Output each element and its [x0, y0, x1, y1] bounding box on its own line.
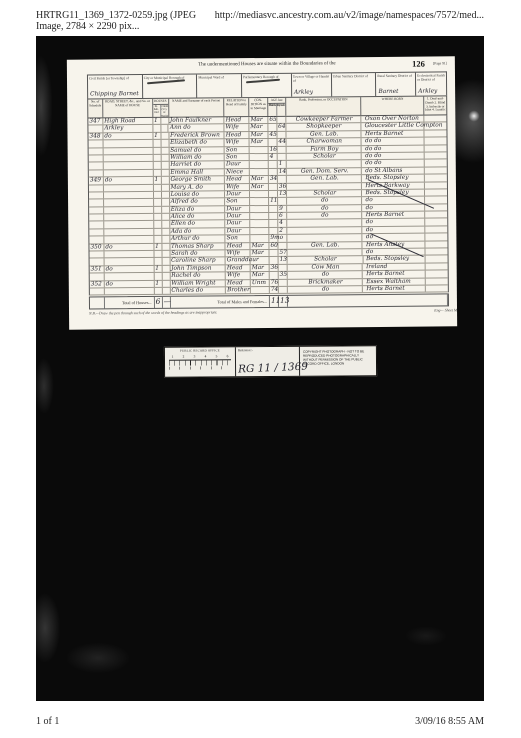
road-name: do [104, 177, 154, 184]
ruler-numbers: 123456 [167, 354, 233, 358]
age-female: 4 [278, 220, 287, 226]
document-url: http://mediasvc.ancestry.com.au/v2/image… [215, 10, 484, 32]
inhabited-mark [154, 258, 162, 264]
person-name: Emma Hall [169, 169, 225, 176]
age-male [269, 250, 278, 256]
condition [250, 191, 269, 198]
age-male [269, 213, 278, 219]
occupation: Farm Boy [287, 146, 363, 153]
road-name [104, 170, 154, 177]
total-persons-label: Total of Males and Females... [171, 296, 270, 308]
totals-row: Total of Houses... 6 — Total of Males an… [89, 293, 449, 309]
ruler-number: 3 [194, 354, 196, 358]
form-footnote: N.B.—Draw the pen through such of the wo… [89, 310, 217, 315]
road-name: do [103, 133, 153, 140]
birthplace: Herts Barnet [363, 271, 426, 278]
district-box-value: Arkley [294, 89, 313, 96]
infirmity [425, 123, 447, 130]
inhabited-mark [154, 192, 162, 198]
print-timestamp: 3/09/16 8:55 AM [415, 716, 484, 727]
condition: Mar [249, 124, 268, 131]
age-male [269, 161, 278, 167]
condition [250, 206, 269, 213]
relation: Wife [226, 250, 251, 257]
age-male: 45 [268, 132, 277, 138]
uninhabited-mark [162, 192, 170, 198]
relation: Wife [224, 124, 249, 131]
form-footline: N.B.—Draw the pen through such of the wo… [89, 308, 457, 315]
road-name [104, 155, 154, 162]
road-name [104, 229, 154, 236]
uninhabited-mark [161, 162, 169, 168]
condition: Mar [251, 272, 270, 279]
table-body: 347High Road1John FaulknerHeadMar65Cowke… [87, 115, 449, 296]
birthplace: Gloucester Little Compton [362, 123, 425, 130]
uninhabited-mark [161, 155, 169, 161]
age-female: 35 [279, 272, 288, 278]
infirmity [426, 241, 448, 248]
age-male: 36 [270, 265, 279, 271]
infirmity [426, 248, 448, 255]
occupation: Gen. Lab. [286, 131, 362, 138]
occupation: do [287, 205, 363, 212]
schedule-no [89, 192, 104, 199]
age-male [269, 206, 278, 212]
relation: Brother [226, 287, 251, 294]
infirmity [425, 145, 447, 152]
uninhabited-mark [161, 125, 169, 131]
total-uninhabited-value: — [163, 296, 171, 307]
uninhabited-mark [161, 170, 169, 176]
birthplace: Herts Barnet [363, 212, 426, 219]
schedule-no [89, 200, 104, 207]
occupation: Cow Man [288, 264, 364, 271]
condition: Mar [249, 117, 268, 124]
relation: Wife [225, 139, 250, 146]
condition [250, 147, 269, 154]
relation: Daur [225, 213, 250, 220]
age-female: 1 [278, 161, 287, 167]
age-female [277, 117, 286, 123]
road-name [104, 221, 154, 228]
uninhabited-mark [161, 140, 169, 146]
ruler-ticks [169, 359, 231, 365]
inhabited-mark: 1 [153, 177, 161, 183]
reference-label: Reference:- [238, 348, 297, 352]
person-name: Arthur do [170, 236, 226, 243]
relation: Head [225, 176, 250, 183]
person-name: Mary A. do [169, 184, 225, 191]
road-name [104, 162, 154, 169]
birthplace: Herts Barnet [363, 286, 426, 293]
road-name [104, 251, 154, 258]
road-name: do [105, 266, 155, 273]
road-name [104, 199, 154, 206]
infirmity [426, 285, 448, 292]
age-female: 2 [278, 228, 287, 234]
condition: Unm [251, 280, 270, 287]
schedule-no: 351 [90, 266, 105, 273]
infirmity [425, 152, 447, 159]
road-name [103, 140, 153, 147]
person-name: Caroline Sharp [170, 258, 226, 265]
col-condition: CON-DITION as to Marriage [249, 98, 268, 116]
print-header: HRTRG11_1369_1372-0259.jpg (JPEG Image, … [36, 10, 484, 32]
reference-value: RG 11 / 1369 [238, 361, 308, 374]
birthplace: do do [362, 160, 425, 167]
schedule-no [89, 207, 104, 214]
infirmity [426, 263, 448, 270]
totals-spacer [288, 294, 448, 306]
age-male: 60 [269, 242, 278, 248]
condition: Mar [250, 183, 269, 190]
occupation: do [288, 271, 364, 278]
pro-stamp: PUBLIC RECORD OFFICE 123456 Reference:- … [164, 345, 377, 377]
uninhabited-mark [162, 206, 170, 212]
birthplace: do [363, 204, 426, 211]
condition: Mar [250, 132, 269, 139]
uninhabited-mark [161, 133, 169, 139]
infirmity [426, 271, 448, 278]
col-name: NAME and Surname of each Person [169, 98, 225, 116]
age-female [278, 198, 287, 204]
birthplace: Essex Waltham [363, 278, 426, 285]
uninhabited-mark [162, 199, 170, 205]
uninhabited-mark [162, 214, 170, 220]
occupation: Scholar [287, 153, 363, 160]
birthplace: do do [362, 138, 425, 145]
district-box: Rural Sanitary District ofBarnet [376, 73, 416, 96]
district-box-label: Ecclesiastical Parish or District of [417, 73, 445, 81]
condition [250, 235, 269, 242]
road-name: do [104, 244, 154, 251]
person-name: Elizabeth do [169, 139, 225, 146]
relation: Wife [225, 184, 250, 191]
ruler-number: 1 [172, 354, 174, 358]
col-relation: RELATION to Head of Family [224, 98, 249, 116]
relation: Son [226, 235, 251, 242]
occupation: Gen. Dom. Serv. [287, 168, 363, 175]
schedule-no [89, 148, 104, 155]
total-females-value: 13 [279, 295, 288, 306]
ruler-number: 6 [227, 354, 229, 358]
relation: Head [226, 280, 251, 287]
col-females: Females [277, 103, 285, 116]
person-name: John Faulkner [169, 117, 225, 124]
schedule-no [90, 288, 105, 295]
condition [250, 228, 269, 235]
age-female: 64 [277, 124, 286, 130]
condition: Mar [250, 176, 269, 183]
condition: Mar [251, 250, 270, 257]
age-female [277, 132, 286, 138]
inhabited-mark [153, 155, 161, 161]
birthplace: do do [362, 153, 425, 160]
occupation: Shopkeeper [286, 124, 362, 131]
age-male: 34 [269, 176, 278, 182]
road-name: High Road [103, 118, 153, 125]
occupation: Cowkeeper Farmer [286, 116, 362, 123]
road-name [104, 207, 154, 214]
schedule-no [89, 155, 104, 162]
col-houses: HOUSES In-hab-ited Uninhabited (U.), or … [153, 99, 169, 117]
schedule-no: 349 [89, 178, 104, 185]
age-female: 36 [278, 183, 287, 189]
stamp-reference: Reference:- RG 11 / 1369 [236, 347, 300, 376]
scan-area: The undermentioned Houses are situate wi… [36, 36, 484, 701]
person-name: Frederick Brown [169, 132, 225, 139]
form-heading: The undermentioned Houses are situate wi… [132, 61, 402, 68]
birthplace: Herts Barnet [362, 130, 425, 137]
relation: Daur [225, 191, 250, 198]
infirmity [424, 115, 446, 122]
age-male [268, 124, 277, 130]
district-box-label: Urban Sanitary District of [333, 74, 375, 78]
infirmity [425, 175, 447, 182]
road-name: do [105, 281, 155, 288]
age-female: 57 [278, 250, 287, 256]
age-male [269, 169, 278, 175]
col-uninhabited: Uninhabited (U.), or Building (B.) [161, 104, 168, 117]
inhabited-mark: 1 [153, 133, 161, 139]
ruler-base-ticks [169, 366, 231, 369]
age-male [270, 272, 279, 278]
infirmity [425, 160, 447, 167]
district-box-value: Barnet [378, 89, 398, 96]
relation: Head [225, 117, 250, 124]
road-name [105, 288, 155, 295]
birthplace: do St Albans [362, 167, 425, 174]
district-box-label: Civil Parish [or Township] of [89, 76, 141, 81]
road-name [104, 236, 154, 243]
occupation: do [287, 212, 363, 219]
col-occupation: Rank, Profession, or OCCUPATION [286, 97, 362, 116]
age-male: 16 [269, 146, 278, 152]
col-inhabited: In-hab-ited [153, 104, 161, 117]
occupation: Scholar [288, 257, 364, 264]
district-box: Ecclesiastical Parish or District ofArkl… [416, 72, 446, 95]
age-female: 13 [278, 191, 287, 197]
age-male: 9mo [269, 235, 278, 241]
relation: Granddaur [226, 258, 251, 265]
condition [251, 287, 270, 294]
age-female [279, 287, 288, 293]
uninhabited-mark [162, 251, 170, 257]
schedule-no [90, 251, 105, 258]
person-name: John Timpson [170, 265, 226, 272]
document-title: HRTRG11_1369_1372-0259.jpg (JPEG Image, … [36, 10, 215, 32]
page-count: 1 of 1 [36, 716, 59, 727]
condition: Mar [250, 139, 269, 146]
age-male [269, 220, 278, 226]
occupation: Gen. Lab. [287, 175, 363, 182]
inhabited-mark [154, 236, 162, 242]
sheet-mark: Eng— Sheet M [434, 308, 457, 312]
col-road: ROAD, STREET, &c., and No. or NAME of HO… [103, 99, 153, 117]
person-name: Harriet do [169, 162, 225, 169]
person-name: William do [169, 154, 225, 161]
age-female: 14 [278, 169, 287, 175]
age-male: 65 [268, 117, 277, 123]
district-box: Civil Parish [or Township] ofChipping Ba… [88, 75, 143, 98]
occupation: Gen. Lab. [287, 242, 363, 249]
uninhabited-mark [162, 266, 170, 272]
condition [250, 220, 269, 227]
col-infirmity: 1. Deaf-and-Dumb 2. Blind 3. Imbecile or… [424, 96, 446, 114]
district-box-label: Town or Village or Hamlet of [293, 74, 330, 82]
uninhabited-mark [162, 243, 170, 249]
schedule-no [90, 259, 105, 266]
uninhabited-mark [161, 177, 169, 183]
inhabited-mark: 1 [153, 118, 161, 124]
relation: Daur [225, 206, 250, 213]
schedule-no: 347 [88, 118, 103, 125]
condition [250, 154, 269, 161]
relation: Head [226, 243, 251, 250]
district-box-label: Rural Sanitary District of [377, 74, 414, 78]
infirmity [425, 197, 447, 204]
schedule-no [90, 274, 105, 281]
total-males-value: 11 [270, 295, 279, 306]
totals-spacer [90, 297, 105, 308]
age-male: 76 [270, 279, 279, 285]
schedule-no [89, 214, 104, 221]
inhabited-mark [154, 288, 162, 294]
uninhabited-mark [162, 184, 170, 190]
age-male [269, 228, 278, 234]
person-name: Samuel do [169, 147, 225, 154]
age-female [278, 242, 287, 248]
district-box: Urban Sanitary District of [332, 73, 377, 96]
stamp-copyright: COPYRIGHT PHOTOGRAPH - NOT TO BE REPRODU… [300, 346, 376, 376]
district-box-value: Chipping Barnet [90, 91, 139, 99]
age-male [269, 139, 278, 145]
infirmity [425, 182, 447, 189]
age-female: 44 [277, 139, 286, 145]
person-name: Alfred do [170, 199, 226, 206]
inhabited-mark [154, 214, 162, 220]
district-boxes: Civil Parish [or Township] ofChipping Ba… [87, 71, 447, 98]
birthplace: Beds. Stopsley [363, 256, 426, 263]
person-name: Thomas Sharp [170, 243, 226, 250]
person-name: Eliza do [170, 206, 226, 213]
schedule-no [89, 141, 104, 148]
condition [250, 198, 269, 205]
age-male: 74 [270, 287, 279, 293]
occupation [287, 234, 363, 241]
road-name: Arkley [103, 125, 153, 132]
age-female [278, 176, 287, 182]
inhabited-mark [154, 207, 162, 213]
inhabited-mark: 1 [154, 244, 162, 250]
person-name: Ellen do [170, 221, 226, 228]
infirmity [425, 138, 447, 145]
age-male [270, 257, 279, 263]
age-female [278, 235, 287, 241]
age-male [269, 183, 278, 189]
infirmity [425, 167, 447, 174]
occupation: do [288, 286, 364, 293]
total-houses-label: Total of Houses... [105, 297, 155, 308]
relation: Daur [225, 161, 250, 168]
birthplace: do [363, 226, 426, 233]
uninhabited-mark [162, 280, 170, 286]
uninhabited-mark [161, 118, 169, 124]
district-box-label: Municipal Ward of [198, 75, 240, 79]
relation: Head [225, 132, 250, 139]
person-name: Louisa do [170, 191, 226, 198]
inhabited-mark [154, 199, 162, 205]
age-female: 6 [278, 213, 287, 219]
birthplace: Oxon Over Norton [362, 116, 425, 123]
person-name: Sarah do [170, 250, 226, 257]
age-female: 13 [279, 257, 288, 263]
total-houses-value: 6 [155, 296, 163, 307]
road-name [104, 184, 154, 191]
infirmity [425, 130, 447, 137]
uninhabited-mark [161, 147, 169, 153]
inhabited-mark [154, 221, 162, 227]
page-reference: [Page 91] [433, 61, 447, 65]
district-box: Town or Village or Hamlet ofArkley [292, 73, 332, 96]
schedule-no [89, 170, 104, 177]
col-males: Males [268, 103, 277, 116]
relation: Daur [226, 228, 251, 235]
infirmity [425, 189, 447, 196]
ruler-number: 2 [183, 354, 185, 358]
col-age: AGE last Birthday of Males Females [268, 98, 286, 116]
district-box: City or Municipal Borough of [143, 75, 198, 98]
road-name [104, 214, 154, 221]
age-female: 9 [278, 205, 287, 211]
age-male: 11 [269, 198, 278, 204]
inhabited-mark [153, 170, 161, 176]
infirmity [426, 278, 448, 285]
person-name: George Smith [169, 176, 225, 183]
birthplace: do do [362, 145, 425, 152]
uninhabited-mark [162, 229, 170, 235]
uninhabited-mark [162, 273, 170, 279]
relation: Wife [226, 272, 251, 279]
stamp-office-name: PUBLIC RECORD OFFICE [167, 348, 233, 352]
uninhabited-mark [162, 258, 170, 264]
col-schedule: No. of Schedule [88, 99, 103, 117]
district-box-label: Parliamentary Borough of [243, 75, 290, 79]
schedule-no: 350 [89, 244, 104, 251]
inhabited-mark: 1 [154, 266, 162, 272]
condition [251, 257, 270, 264]
relation: Son [225, 154, 250, 161]
col-where-born: WHERE BORN [362, 97, 425, 116]
print-footer: 1 of 1 3/09/16 8:55 AM [36, 716, 484, 727]
condition [250, 213, 269, 220]
district-box-label: City or Municipal Borough of [144, 76, 196, 81]
uninhabited-mark [162, 221, 170, 227]
road-name [104, 148, 154, 155]
inhabited-mark [153, 162, 161, 168]
relation: Daur [225, 221, 250, 228]
district-box-value: Arkley [418, 88, 437, 95]
age-female [279, 279, 288, 285]
birthplace: do [363, 219, 426, 226]
inhabited-mark [154, 184, 162, 190]
district-box: Municipal Ward of [197, 74, 242, 97]
ruler-number: 5 [216, 354, 218, 358]
schedule-no [89, 163, 104, 170]
relation: Son [225, 147, 250, 154]
person-name: Ann do [169, 125, 225, 132]
age-male [269, 191, 278, 197]
